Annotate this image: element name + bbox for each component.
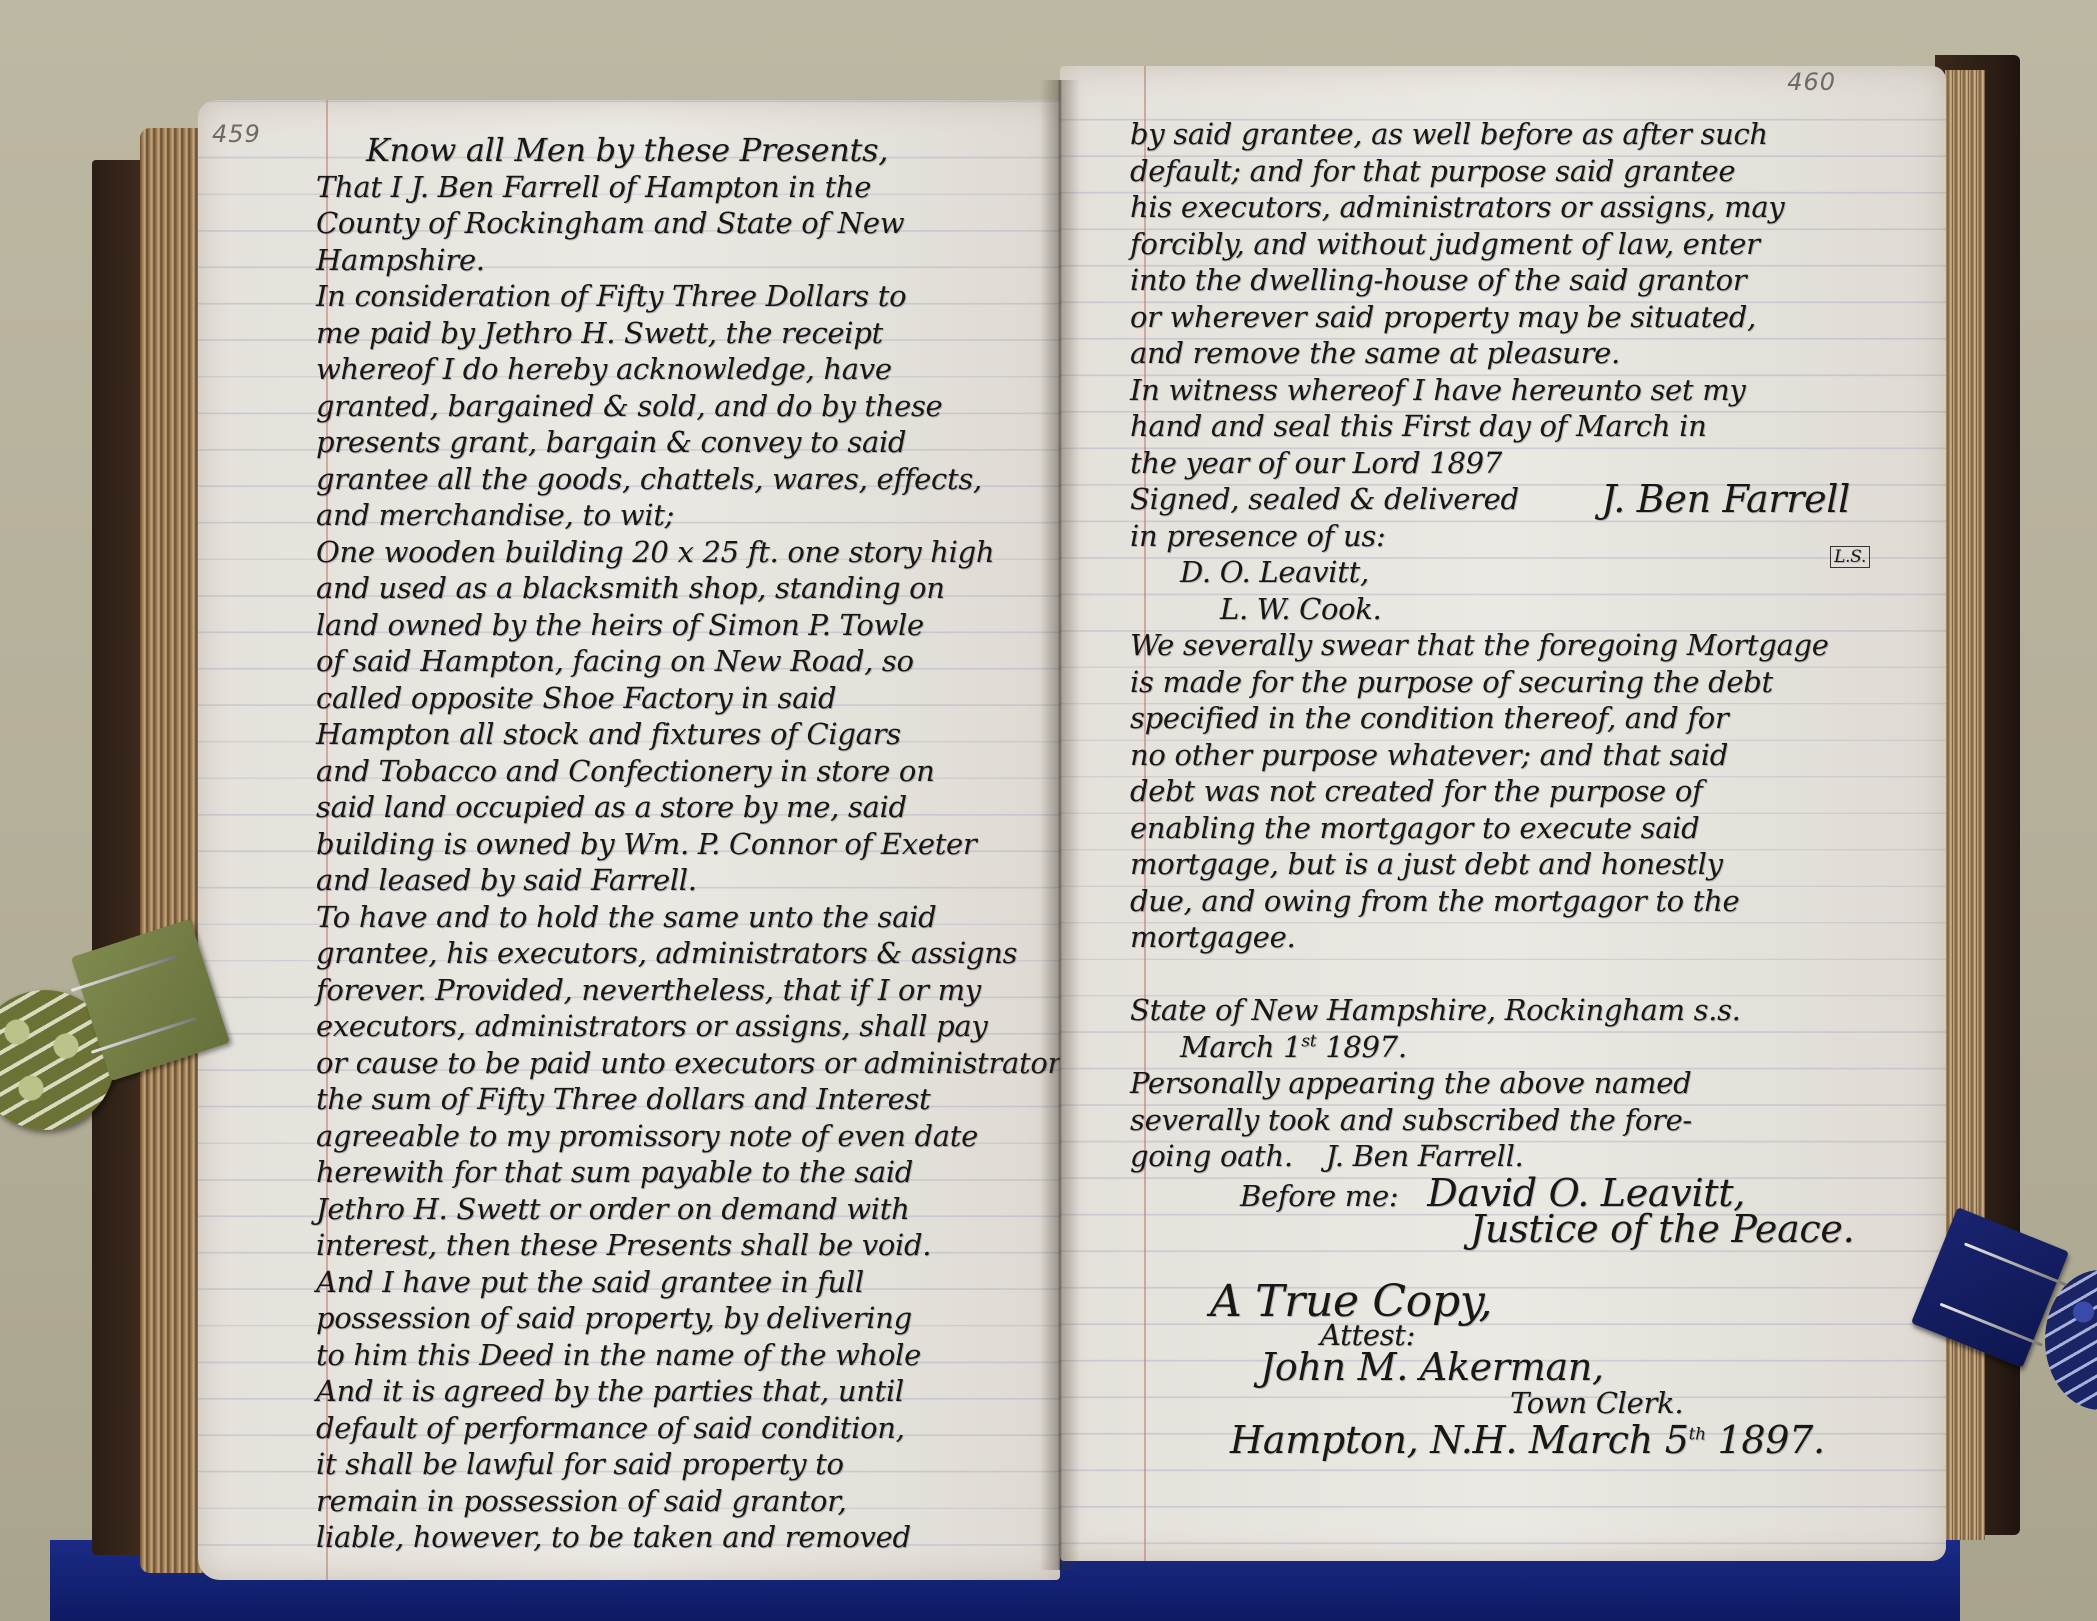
deed-heading: Know all Men by these Presents, <box>316 132 1056 169</box>
oath-line: enabling the mortgagor to execute said <box>1130 810 1950 847</box>
text-line: the sum of Fifty Three dollars and Inter… <box>316 1081 1056 1118</box>
before-me-label: Before me: <box>1240 1179 1398 1213</box>
oath-line: debt was not created for the purpose of <box>1130 773 1950 810</box>
text-line: default; and for that purpose said grant… <box>1130 153 1950 190</box>
text-line: and leased by said Farrell. <box>316 862 1056 899</box>
text-line: To have and to hold the same unto the sa… <box>316 899 1056 936</box>
jurat-line: Personally appearing the above named <box>1130 1065 1950 1102</box>
right-page-text: by said grantee, as well before as after… <box>1130 116 1950 1458</box>
oath-line: is made for the purpose of securing the … <box>1130 664 1950 701</box>
text-line: called opposite Shoe Factory in said <box>316 680 1056 717</box>
oath-line: no other purpose whatever; and that said <box>1130 737 1950 774</box>
jurat-date-year: 1897. <box>1316 1030 1406 1064</box>
text-line: whereof I do hereby acknowledge, have <box>316 351 1056 388</box>
signature-row: Signed, sealed & delivered J. Ben Farrel… <box>1130 481 1950 518</box>
clip-wire <box>1964 1242 2067 1286</box>
text-line: interest, then these Presents shall be v… <box>316 1227 1056 1264</box>
jurat-date-month: March 1 <box>1180 1030 1301 1064</box>
clerk-title: Town Clerk. <box>1130 1385 1950 1422</box>
text-line: and used as a blacksmith shop, standing … <box>316 570 1056 607</box>
text-line: Jethro H. Swett or order on demand with <box>316 1191 1056 1228</box>
witness-name: L. W. Cook. <box>1130 591 1950 628</box>
book-gutter <box>1040 80 1080 1570</box>
oath-line: due, and owing from the mortgagor to the <box>1130 883 1950 920</box>
oath-line: specified in the condition thereof, and … <box>1130 700 1950 737</box>
oath-line: mortgagee. <box>1130 919 1950 956</box>
text-line: the year of our Lord 1897 <box>1130 445 1950 482</box>
text-line: agreeable to my promissory note of even … <box>316 1118 1056 1155</box>
text-line: me paid by Jethro H. Swett, the receipt <box>316 315 1056 352</box>
attestation-place-date: Hampton, N.H. March 5th 1897. <box>1130 1422 1950 1459</box>
oath-line: mortgage, but is a just debt and honestl… <box>1130 846 1950 883</box>
text-line: of said Hampton, facing on New Road, so <box>316 643 1056 680</box>
text-line: Hampton all stock and fixtures of Cigars <box>316 716 1056 753</box>
attestation-year: 1897. <box>1706 1418 1825 1462</box>
clip-wire <box>91 1017 197 1054</box>
text-line: it shall be lawful for said property to <box>316 1446 1056 1483</box>
text-line: grantee all the goods, chattels, wares, … <box>316 461 1056 498</box>
text-line: by said grantee, as well before as after… <box>1130 116 1950 153</box>
jurat-oath-text: going oath. <box>1130 1139 1293 1173</box>
text-line: granted, bargained & sold, and do by the… <box>316 388 1056 425</box>
text-line: and remove the same at pleasure. <box>1130 335 1950 372</box>
text-line: possession of said property, by deliveri… <box>316 1300 1056 1337</box>
text-line: said land occupied as a store by me, sai… <box>316 789 1056 826</box>
text-line: forcibly, and without judgment of law, e… <box>1130 226 1950 263</box>
signed-label: Signed, sealed & delivered <box>1130 481 1519 518</box>
text-line: to him this Deed in the name of the whol… <box>316 1337 1056 1374</box>
text-line: And it is agreed by the parties that, un… <box>316 1373 1056 1410</box>
oath-line: We severally swear that the foregoing Mo… <box>1130 627 1950 664</box>
text-line: remain in possession of said grantor, <box>316 1483 1056 1520</box>
clerk-signature: John M. Akerman, <box>1130 1349 1950 1386</box>
text-line: That I J. Ben Farrell of Hampton in the <box>316 169 1056 206</box>
text-line: In witness whereof I have hereunto set m… <box>1130 372 1950 409</box>
witness-name: D. O. Leavitt, <box>1130 554 1950 591</box>
attestation-place-date-text: Hampton, N.H. March 5 <box>1230 1418 1689 1462</box>
text-line: and Tobacco and Confectionery in store o… <box>316 753 1056 790</box>
text-line: grantee, his executors, administrators &… <box>316 935 1056 972</box>
true-copy-heading: A True Copy, <box>1130 1284 1950 1321</box>
affiant-signature: J. Ben Farrell. <box>1326 1139 1524 1173</box>
text-line: default of performance of said condition… <box>316 1410 1056 1447</box>
text-line: land owned by the heirs of Simon P. Towl… <box>316 607 1056 644</box>
presence-row: in presence of us: L.S. <box>1130 518 1950 555</box>
text-line: or cause to be paid unto executors or ad… <box>316 1045 1056 1082</box>
clip-wire <box>1940 1303 2043 1347</box>
right-page: 460 by said grantee, as well before as a… <box>1060 66 1946 1561</box>
text-line: hand and seal this First day of March in <box>1130 408 1950 445</box>
text-line: his executors, administrators or assigns… <box>1130 189 1950 226</box>
seal-mark: L.S. <box>1830 546 1870 568</box>
jurat-line: going oath. J. Ben Farrell. <box>1130 1138 1950 1175</box>
text-line: herewith for that sum payable to the sai… <box>316 1154 1056 1191</box>
justice-row: Before me: David O. Leavitt, <box>1130 1175 1950 1212</box>
text-line: Hampshire. <box>316 242 1056 279</box>
text-line: building is owned by Wm. P. Connor of Ex… <box>316 826 1056 863</box>
text-line: One wooden building 20 x 25 ft. one stor… <box>316 534 1056 571</box>
blank-line <box>1130 956 1950 993</box>
page-number: 460 <box>1787 68 1836 96</box>
text-line: And I have put the said grantee in full <box>316 1264 1056 1301</box>
justice-title: Justice of the Peace. <box>1130 1211 1950 1248</box>
clip-wire <box>71 955 177 992</box>
text-line: or wherever said property may be situate… <box>1130 299 1950 336</box>
page-number: 459 <box>212 120 261 148</box>
text-line: and merchandise, to wit; <box>316 497 1056 534</box>
text-line: executors, administrators or assigns, sh… <box>316 1008 1056 1045</box>
left-page-text: Know all Men by these Presents, That I J… <box>316 132 1056 1556</box>
attestation-date-suffix: th <box>1689 1424 1706 1444</box>
grantor-signature: J. Ben Farrell <box>1601 481 1850 518</box>
jurat-date-suffix: st <box>1301 1031 1316 1051</box>
text-line: presents grant, bargain & convey to said <box>316 424 1056 461</box>
text-line: In consideration of Fifty Three Dollars … <box>316 278 1056 315</box>
jurat-venue: State of New Hampshire, Rockingham s.s. <box>1130 992 1950 1029</box>
jurat-date: March 1st 1897. <box>1130 1029 1950 1066</box>
text-line: liable, however, to be taken and removed <box>316 1519 1056 1556</box>
left-page: 459 Know all Men by these Presents, That… <box>198 100 1060 1580</box>
presence-label: in presence of us: <box>1130 518 1385 555</box>
text-line: into the dwelling-house of the said gran… <box>1130 262 1950 299</box>
text-line: County of Rockingham and State of New <box>316 205 1056 242</box>
text-line: forever. Provided, nevertheless, that if… <box>316 972 1056 1009</box>
jurat-line: severally took and subscribed the fore- <box>1130 1102 1950 1139</box>
